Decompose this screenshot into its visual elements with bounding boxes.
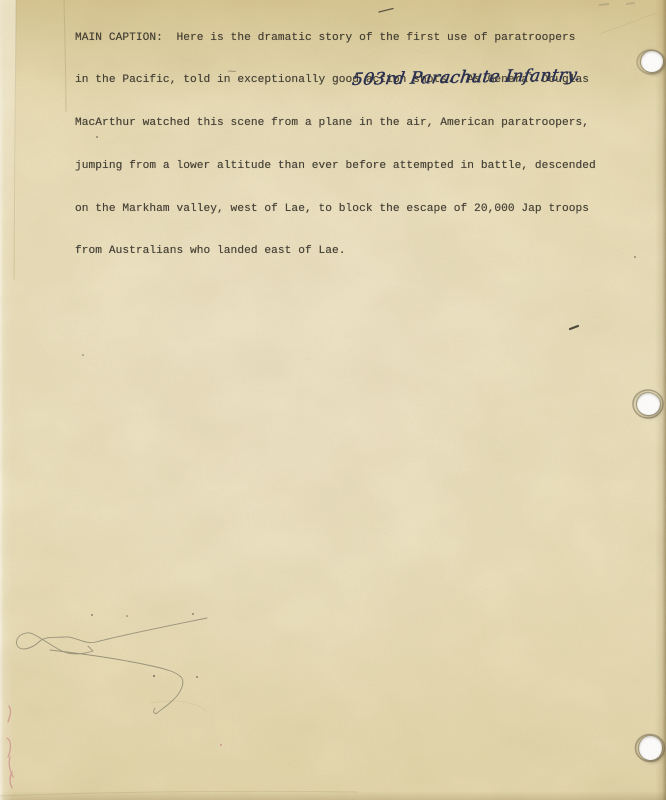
typed-line: MAIN CAPTION: Here is the dramatic story… xyxy=(75,31,596,45)
typed-line: from Australians who landed east of Lae. xyxy=(75,244,596,258)
punch-hole-top xyxy=(641,51,663,72)
typed-line: jumping from a lower altitude than ever … xyxy=(75,159,596,173)
typed-caption-block: MAIN CAPTION: Here is the dramatic story… xyxy=(75,2,596,287)
scanned-caption-sheet: MAIN CAPTION: Here is the dramatic story… xyxy=(0,0,666,800)
typed-line: on the Markham valley, west of Lae, to b… xyxy=(75,202,596,216)
typed-line: MacArthur watched this scene from a plan… xyxy=(75,116,596,130)
